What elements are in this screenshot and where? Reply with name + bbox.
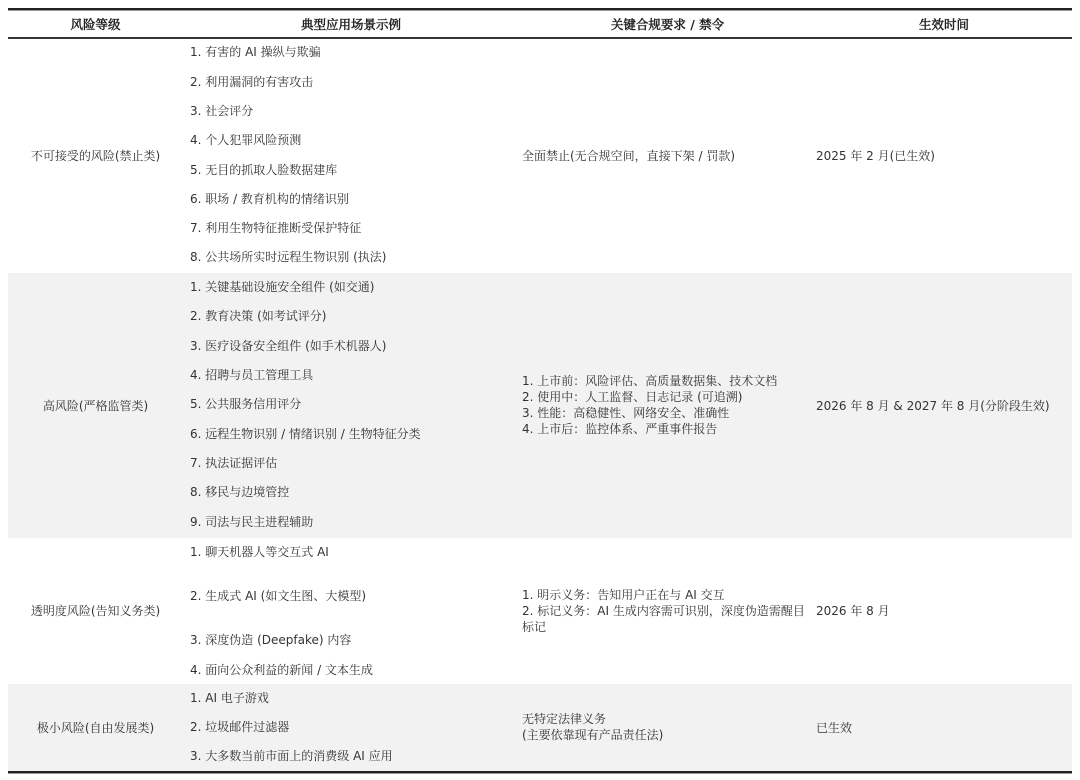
effective-date-cell: 2026 年 8 月: [816, 602, 1072, 619]
examples-cell: 1. 有害的 AI 操纵与欺骗 2. 利用漏洞的有害攻击 3. 社会评分 4. …: [183, 38, 519, 272]
example-item: 3. 大多数当前市面上的消费级 AI 应用: [190, 742, 519, 771]
header-examples: 典型应用场景示例: [183, 15, 519, 33]
header-effective: 生效时间: [816, 15, 1072, 33]
example-item: 3. 社会评分: [190, 97, 519, 126]
examples-cell: 1. 聊天机器人等交互式 AI 2. 生成式 AI (如文生图、大模型) 3. …: [183, 543, 519, 679]
example-item: 1. 关键基础设施安全组件 (如交通): [190, 273, 519, 302]
example-item: 1. 聊天机器人等交互式 AI: [190, 543, 519, 561]
example-item: 2. 垃圾邮件过滤器: [190, 713, 519, 742]
example-item: 5. 公共服务信用评分: [190, 390, 519, 419]
requirement-line: 2. 标记义务：AI 生成内容需可识别，深度伪造需醒目标记: [522, 603, 816, 635]
table-row-high-risk: 高风险(严格监管类) 1. 关键基础设施安全组件 (如交通) 2. 教育决策 (…: [8, 273, 1072, 538]
example-item: 2. 生成式 AI (如文生图、大模型): [190, 587, 519, 605]
example-item: 3. 深度伪造 (Deepfake) 内容: [190, 631, 519, 649]
requirement-line: 全面禁止(无合规空间，直接下架 / 罚款): [522, 148, 816, 164]
risk-level-cell: 透明度风险(告知义务类): [8, 602, 183, 619]
table-row-unacceptable-risk: 不可接受的风险(禁止类) 1. 有害的 AI 操纵与欺骗 2. 利用漏洞的有害攻…: [8, 39, 1072, 273]
table-bottom-rule: [8, 771, 1072, 773]
requirements-cell: 1. 上市前：风险评估、高质量数据集、技术文档 2. 使用中：人工监督、日志记录…: [519, 373, 816, 437]
requirement-line: 2. 使用中：人工监督、日志记录 (可追溯): [522, 389, 816, 405]
requirements-cell: 1. 明示义务：告知用户正在与 AI 交互 2. 标记义务：AI 生成内容需可识…: [519, 587, 816, 635]
examples-cell: 1. 关键基础设施安全组件 (如交通) 2. 教育决策 (如考试评分) 3. 医…: [183, 273, 519, 537]
effective-date-cell: 2025 年 2 月(已生效): [816, 147, 1072, 164]
example-item: 4. 面向公众利益的新闻 / 文本生成: [190, 661, 519, 679]
risk-level-cell: 极小风险(自由发展类): [8, 719, 183, 736]
requirement-line: 3. 性能：高稳健性、网络安全、准确性: [522, 405, 816, 421]
example-item: 5. 无目的抓取人脸数据建库: [190, 156, 519, 185]
table-row-minimal-risk: 极小风险(自由发展类) 1. AI 电子游戏 2. 垃圾邮件过滤器 3. 大多数…: [8, 684, 1072, 771]
example-item: 8. 移民与边境管控: [190, 478, 519, 507]
requirement-line: 1. 上市前：风险评估、高质量数据集、技术文档: [522, 373, 816, 389]
effective-date-cell: 已生效: [816, 719, 1072, 736]
example-item: 2. 教育决策 (如考试评分): [190, 302, 519, 331]
examples-cell: 1. AI 电子游戏 2. 垃圾邮件过滤器 3. 大多数当前市面上的消费级 AI…: [183, 684, 519, 771]
requirement-line: (主要依靠现有产品责任法): [522, 727, 816, 743]
example-item: 6. 职场 / 教育机构的情绪识别: [190, 185, 519, 214]
requirement-line: 1. 明示义务：告知用户正在与 AI 交互: [522, 587, 816, 603]
table-header: 风险等级 典型应用场景示例 关键合规要求 / 禁令 生效时间: [8, 10, 1072, 37]
example-item: 7. 执法证据评估: [190, 449, 519, 478]
example-item: 4. 招聘与员工管理工具: [190, 361, 519, 390]
requirement-line: 4. 上市后：监控体系、严重事件报告: [522, 421, 816, 437]
example-item: 6. 远程生物识别 / 情绪识别 / 生物特征分类: [190, 420, 519, 449]
example-item: 1. AI 电子游戏: [190, 684, 519, 713]
eu-ai-act-risk-table: 风险等级 典型应用场景示例 关键合规要求 / 禁令 生效时间 不可接受的风险(禁…: [8, 8, 1072, 773]
example-item: 4. 个人犯罪风险预测: [190, 126, 519, 155]
example-item: 9. 司法与民主进程辅助: [190, 508, 519, 537]
requirement-line: 无特定法律义务: [522, 711, 816, 727]
requirements-cell: 全面禁止(无合规空间，直接下架 / 罚款): [519, 148, 816, 164]
header-risk-level: 风险等级: [8, 15, 183, 33]
header-requirements: 关键合规要求 / 禁令: [519, 15, 816, 33]
risk-level-cell: 不可接受的风险(禁止类): [8, 147, 183, 164]
risk-level-cell: 高风险(严格监管类): [8, 397, 183, 414]
requirements-cell: 无特定法律义务 (主要依靠现有产品责任法): [519, 711, 816, 743]
example-item: 1. 有害的 AI 操纵与欺骗: [190, 38, 519, 67]
example-item: 8. 公共场所实时远程生物识别 (执法): [190, 243, 519, 272]
example-item: 2. 利用漏洞的有害攻击: [190, 68, 519, 97]
example-item: 3. 医疗设备安全组件 (如手术机器人): [190, 332, 519, 361]
table-row-transparency-risk: 透明度风险(告知义务类) 1. 聊天机器人等交互式 AI 2. 生成式 AI (…: [8, 538, 1072, 684]
example-item: 7. 利用生物特征推断受保护特征: [190, 214, 519, 243]
effective-date-cell: 2026 年 8 月 & 2027 年 8 月(分阶段生效): [816, 397, 1072, 414]
